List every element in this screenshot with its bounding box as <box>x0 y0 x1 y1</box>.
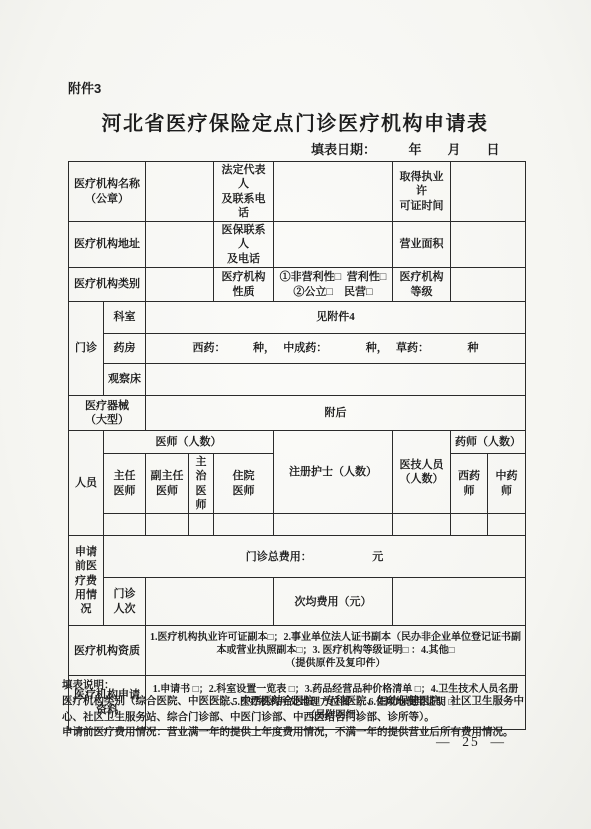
value-institution-grade <box>451 268 526 302</box>
row-total-outpatient-fee: 申请前医疗费用情况 门诊总费用： 元 <box>69 536 526 578</box>
value-pharmacy: 西药： 种， 中成药： 种， 草药： 种 <box>146 334 526 364</box>
label-license-date: 取得执业许 可证时间 <box>393 162 451 222</box>
header-chief-physician: 主任 医师 <box>104 454 146 514</box>
value-registered-nurses <box>274 514 393 536</box>
value-medical-equipment: 附后 <box>146 396 526 431</box>
label-business-area: 营业面积 <box>393 222 451 268</box>
header-physicians: 医师（人数） <box>104 431 274 454</box>
label-total-outpatient-fee: 门诊总费用： 元 <box>104 536 526 578</box>
label-medical-equipment: 医疗器械 （大型） <box>69 396 146 431</box>
attachment-label: 附件3 <box>68 78 101 97</box>
row-outpatient-departments: 门诊 科室 见附件4 <box>69 302 526 334</box>
label-pharmacy: 药房 <box>104 334 146 364</box>
footnote-title: 填表说明： <box>62 678 532 694</box>
application-form-table: 医疗机构名称 （公章） 法定代表人 及联系电话 取得执业许 可证时间 医疗机构地… <box>68 161 526 730</box>
value-med-tech-staff <box>393 514 451 536</box>
label-institution-address: 医疗机构地址 <box>69 222 146 268</box>
value-insurance-contact <box>274 222 393 268</box>
value-western-pharmacist <box>451 514 488 536</box>
value-chief-physician <box>104 514 146 536</box>
fill-date-line: 填表日期： 年 月 日 <box>311 139 500 158</box>
value-chinese-pharmacist <box>488 514 526 536</box>
row-institution-address: 医疗机构地址 医保联系人 及电话 营业面积 <box>69 222 526 268</box>
footnote-category: 医疗机构类别（综合医院、中医医院、中西医结合医院、专科医院、妇幼保健医院、社区卫… <box>62 694 532 726</box>
value-legal-representative <box>274 162 393 222</box>
label-institution-name: 医疗机构名称 （公章） <box>69 162 146 222</box>
row-personnel-header: 人员 医师（人数） 注册护士（人数） 医技人员 （人数） 药师（人数） <box>69 431 526 454</box>
label-departments: 科室 <box>104 302 146 334</box>
label-legal-representative: 法定代表人 及联系电话 <box>214 162 274 222</box>
header-med-tech-staff: 医技人员 （人数） <box>393 431 451 514</box>
value-license-date <box>451 162 526 222</box>
value-institution-name <box>146 162 214 222</box>
section-label-personnel: 人员 <box>69 431 104 536</box>
header-attending-physician: 主治 医师 <box>189 454 214 514</box>
row-pharmacy: 药房 西药： 种， 中成药： 种， 草药： 种 <box>69 334 526 364</box>
section-label-outpatient: 门诊 <box>69 302 104 396</box>
page-number: — 25 — <box>436 734 506 750</box>
value-attending-physician <box>189 514 214 536</box>
value-deputy-chief-physician <box>146 514 189 536</box>
row-personnel-values <box>69 514 526 536</box>
value-resident-physician <box>214 514 274 536</box>
label-institution-category: 医疗机构类别 <box>69 268 146 302</box>
form-footnotes: 填表说明： 医疗机构类别（综合医院、中医医院、中西医结合医院、专科医院、妇幼保健… <box>62 678 532 741</box>
value-institution-category <box>146 268 214 302</box>
label-institution-nature: 医疗机构 性质 <box>214 268 274 302</box>
qualification-checklist: 1.医疗机构执业许可证副本□；2.事业单位法人证书副本（民办非企业单位登记证书副… <box>146 626 526 676</box>
value-departments: 见附件4 <box>146 302 526 334</box>
row-institution-name: 医疗机构名称 （公章） 法定代表人 及联系电话 取得执业许 可证时间 <box>69 162 526 222</box>
label-institution-grade: 医疗机构 等级 <box>393 268 451 302</box>
value-institution-address <box>146 222 214 268</box>
row-qualification: 医疗机构资质 1.医疗机构执业许可证副本□；2.事业单位法人证书副本（民办非企业… <box>69 626 526 676</box>
header-western-pharmacist: 西药师 <box>451 454 488 514</box>
label-qualification: 医疗机构资质 <box>69 626 146 676</box>
scanned-form-page: 附件3 河北省医疗保险定点门诊医疗机构申请表 填表日期： 年 月 日 医疗机构名… <box>0 0 591 829</box>
row-institution-category: 医疗机构类别 医疗机构 性质 ①非营利性□ 营利性□ ②公立□ 民营□ 医疗机构… <box>69 268 526 302</box>
label-insurance-contact: 医保联系人 及电话 <box>214 222 274 268</box>
row-observation-beds: 观察床 <box>69 364 526 396</box>
header-pharmacists: 药师（人数） <box>451 431 526 454</box>
section-label-pre-expense: 申请前医疗费用情况 <box>69 536 104 626</box>
value-average-fee <box>393 578 526 626</box>
header-chinese-pharmacist: 中药师 <box>488 454 526 514</box>
label-outpatient-visits: 门诊 人次 <box>104 578 146 626</box>
nature-checkbox-options: ①非营利性□ 营利性□ ②公立□ 民营□ <box>274 268 393 302</box>
form-title: 河北省医疗保险定点门诊医疗机构申请表 <box>55 107 535 136</box>
header-deputy-chief-physician: 副主任 医师 <box>146 454 189 514</box>
value-outpatient-visits <box>146 578 274 626</box>
label-average-fee: 次均费用（元） <box>274 578 393 626</box>
label-observation-beds: 观察床 <box>104 364 146 396</box>
header-registered-nurses: 注册护士（人数） <box>274 431 393 514</box>
row-medical-equipment: 医疗器械 （大型） 附后 <box>69 396 526 431</box>
value-observation-beds <box>146 364 526 396</box>
row-outpatient-visits: 门诊 人次 次均费用（元） <box>69 578 526 626</box>
value-business-area <box>451 222 526 268</box>
header-resident-physician: 住院 医师 <box>214 454 274 514</box>
